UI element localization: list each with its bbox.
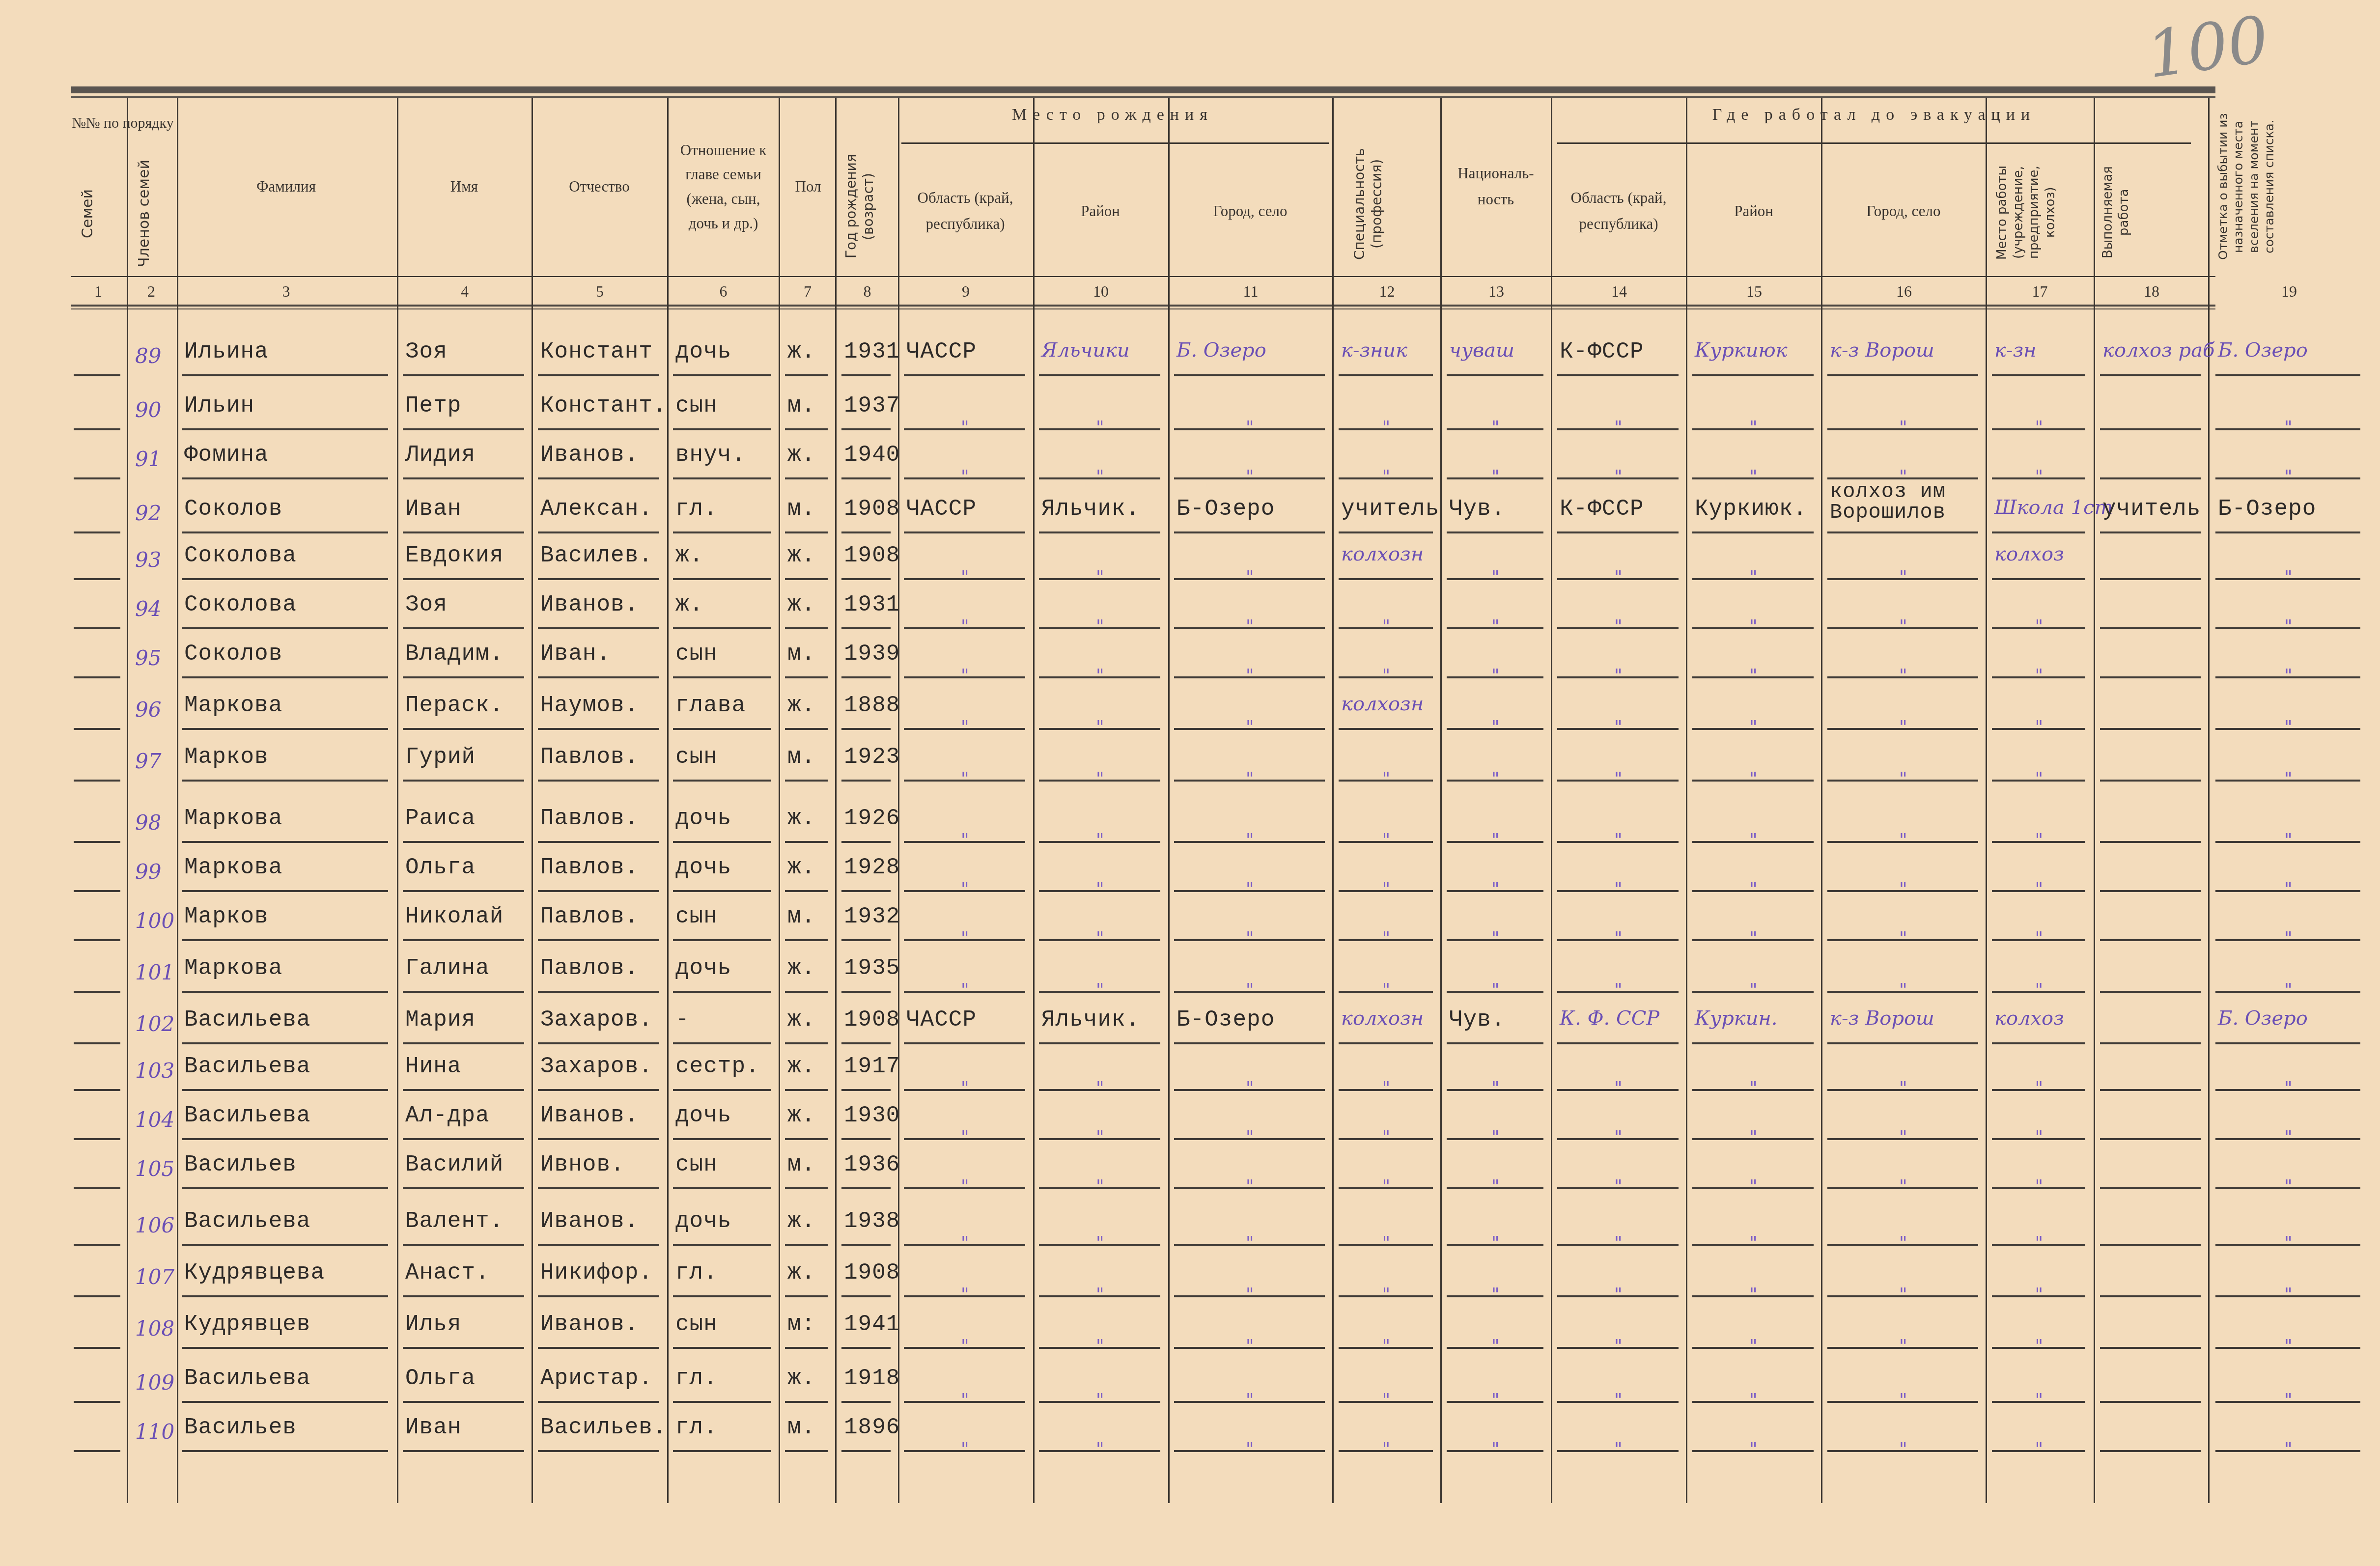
row-rule	[841, 1187, 891, 1189]
cell-surname: Маркова	[184, 693, 282, 718]
header-col-name: Имя	[398, 98, 531, 275]
ditto-mark: "	[1246, 1439, 1254, 1459]
ditto-mark: "	[2284, 1233, 2293, 1253]
row-rule	[2215, 531, 2360, 533]
column-divider	[2094, 98, 2095, 1503]
row-rule	[673, 578, 771, 580]
row-rule	[673, 1450, 771, 1452]
row-rule	[785, 1089, 828, 1091]
ditto-mark: "	[1749, 616, 1758, 637]
cell-sex: м.	[787, 1152, 815, 1177]
ditto-mark: "	[2284, 1336, 2293, 1356]
row-rule	[1992, 531, 2085, 533]
row-rule	[841, 841, 891, 843]
row-rule	[2100, 428, 2201, 430]
cell-surname: Ильин	[184, 393, 254, 419]
ditto-mark: "	[1749, 830, 1758, 850]
ditto-mark: "	[1246, 769, 1254, 789]
row-rule	[785, 1347, 828, 1349]
row-rule	[538, 627, 659, 629]
row-rule	[2100, 1187, 2201, 1189]
cell-relation: дочь	[675, 955, 731, 981]
cell-year: 1908	[844, 543, 900, 568]
column-divider	[532, 98, 533, 1503]
row-rule	[841, 1138, 891, 1140]
row-rule	[1992, 1042, 2085, 1044]
cell-name: Зоя	[405, 592, 448, 617]
ditto-mark: "	[1382, 616, 1391, 637]
row-rule	[74, 780, 120, 782]
ditto-mark: "	[1614, 1390, 1623, 1410]
ditto-mark: "	[1096, 418, 1104, 438]
ditto-mark: "	[2035, 769, 2044, 789]
ditto-mark: "	[1899, 980, 1907, 1000]
row-rule	[182, 1347, 388, 1349]
ditto-mark: "	[2284, 717, 2293, 737]
ditto-mark: "	[1899, 418, 1907, 438]
ditto-mark: "	[1899, 717, 1907, 737]
ditto-mark: "	[1491, 418, 1500, 438]
row-rule	[74, 676, 120, 678]
row-rule	[1692, 374, 1814, 376]
cell-relation: дочь	[675, 806, 731, 831]
cell-region: ЧАССР	[906, 496, 977, 522]
row-rule	[538, 841, 659, 843]
cell-patronymic: Иванов.	[540, 1208, 639, 1234]
cell-name: Ал-дра	[405, 1103, 490, 1128]
row-rule	[673, 939, 771, 941]
cell-district: Яльчик.	[1041, 1007, 1140, 1033]
row-rule	[673, 728, 771, 730]
ditto-mark: "	[1491, 1127, 1500, 1147]
column-divider	[1686, 98, 1687, 1503]
cell-surname: Васильева	[184, 1208, 310, 1234]
header-col-nationality: Националь-ность	[1442, 98, 1550, 275]
row-rule	[1174, 531, 1325, 533]
row-rule	[1039, 531, 1160, 533]
row-rule	[182, 890, 388, 892]
row-rule	[673, 1347, 771, 1349]
ditto-mark: "	[2035, 1390, 2044, 1410]
row-rule	[673, 1295, 771, 1297]
row-rule	[904, 531, 1025, 533]
column-number: 9	[899, 282, 1033, 301]
ditto-mark: "	[961, 418, 969, 438]
row-rule	[785, 627, 828, 629]
cell-sex: м.	[787, 904, 815, 929]
row-number: 110	[135, 1420, 174, 1444]
cell-surname: Соколова	[184, 592, 297, 617]
cell-region: ЧАССР	[906, 339, 977, 364]
ditto-mark: "	[1382, 769, 1391, 789]
ditto-mark: "	[2035, 1127, 2044, 1147]
row-rule	[2100, 578, 2201, 580]
cell-year: 1926	[844, 806, 900, 831]
column-divider	[1332, 98, 1334, 1503]
row-rule	[785, 1450, 828, 1452]
header-col-birth-region: Область (край, республика)	[899, 147, 1032, 275]
cell-year: 1931	[844, 592, 900, 617]
ditto-mark: "	[961, 717, 969, 737]
header-col-profession: Специальность (профессия)	[1351, 133, 1420, 275]
column-number: 18	[2095, 282, 2208, 301]
row-rule	[403, 1450, 524, 1452]
ditto-mark: "	[1749, 467, 1758, 487]
row-rule	[673, 627, 771, 629]
row-rule	[841, 428, 891, 430]
ditto-mark: "	[1749, 418, 1758, 438]
row-rule	[1992, 374, 2085, 376]
ditto-mark: "	[2284, 1390, 2293, 1410]
row-rule	[182, 780, 388, 782]
ditto-mark: "	[2284, 769, 2293, 789]
ditto-mark: "	[1491, 1176, 1500, 1197]
column-number: 5	[533, 282, 667, 301]
ditto-mark: "	[1614, 1439, 1623, 1459]
row-rule	[2100, 939, 2201, 941]
row-rule	[785, 477, 828, 479]
cell-sex: ж.	[787, 442, 815, 468]
ditto-mark: "	[1382, 1233, 1391, 1253]
row-rule	[1039, 374, 1160, 376]
ditto-mark: "	[1382, 1078, 1391, 1098]
row-number: 100	[135, 909, 174, 933]
row-rule	[2100, 1138, 2201, 1140]
cell-relation: дочь	[675, 1103, 731, 1128]
ditto-mark: "	[1096, 467, 1104, 487]
cell-sex: ж.	[787, 1208, 815, 1234]
cell-name: Василий	[405, 1152, 504, 1177]
row-rule	[1557, 531, 1679, 533]
cell-name: Владим.	[405, 641, 504, 667]
cell-sex: ж.	[787, 592, 815, 617]
row-rule	[74, 1138, 120, 1140]
ditto-mark: "	[1749, 567, 1758, 587]
row-rule	[538, 1138, 659, 1140]
row-rule	[74, 477, 120, 479]
cell-name: Зоя	[405, 339, 448, 364]
ditto-mark: "	[2284, 666, 2293, 686]
row-rule	[403, 841, 524, 843]
row-rule	[538, 939, 659, 941]
row-rule	[182, 939, 388, 941]
ditto-mark: "	[1246, 567, 1254, 587]
ditto-mark: "	[2035, 418, 2044, 438]
cell-patronymic: Наумов.	[540, 693, 639, 718]
ditto-mark: "	[961, 567, 969, 587]
ditto-mark: "	[1491, 1078, 1500, 1098]
ditto-mark: "	[1096, 879, 1104, 899]
ditto-mark: "	[1491, 717, 1500, 737]
header-col-families: Семей	[79, 152, 108, 275]
cell-surname: Марков	[184, 744, 269, 770]
row-rule	[1339, 531, 1433, 533]
column-number: 19	[2211, 282, 2368, 301]
row-rule	[74, 991, 120, 993]
cell-name: Николай	[405, 904, 504, 929]
ditto-mark: "	[1491, 1285, 1500, 1305]
row-rule	[2100, 477, 2201, 479]
cell-town: Б. Озеро	[1176, 339, 1266, 362]
ditto-mark: "	[2035, 1336, 2044, 1356]
cell-name: Петр	[405, 393, 461, 419]
cell-surname: Соколов	[184, 496, 282, 522]
ditto-mark: "	[1899, 666, 1907, 686]
ditto-mark: "	[1614, 879, 1623, 899]
row-rule	[673, 531, 771, 533]
row-rule	[74, 627, 120, 629]
cell-relation: дочь	[675, 339, 731, 364]
ditto-mark: "	[1614, 1127, 1623, 1147]
row-rule	[2215, 1042, 2360, 1044]
cell-name: Галина	[405, 955, 490, 981]
row-rule	[841, 578, 891, 580]
ditto-mark: "	[2284, 1285, 2293, 1305]
cell-year: 1936	[844, 1152, 900, 1177]
ditto-mark: "	[2284, 467, 2293, 487]
ditto-mark: "	[2284, 830, 2293, 850]
ditto-mark: "	[2035, 879, 2044, 899]
ditto-mark: "	[1096, 717, 1104, 737]
row-rule	[74, 531, 120, 533]
cell-relation: сын	[675, 1152, 718, 1177]
cell-nationality: чуваш	[1449, 339, 1514, 362]
cell-surname: Васильева	[184, 1366, 310, 1391]
ditto-mark: "	[1614, 830, 1623, 850]
ditto-mark: "	[1382, 1336, 1391, 1356]
row-rule	[538, 676, 659, 678]
row-rule	[182, 1089, 388, 1091]
header-col-departure-mark: Отметка о выбытии из назначенного места …	[2215, 101, 2363, 273]
row-rule	[403, 1187, 524, 1189]
ditto-mark: "	[1491, 1390, 1500, 1410]
cell-mark: Б. Озеро	[2218, 1007, 2308, 1030]
ditto-mark: "	[1749, 717, 1758, 737]
row-rule	[182, 841, 388, 843]
column-number: 13	[1442, 282, 1551, 301]
row-rule	[182, 1295, 388, 1297]
cell-patronymic: Павлов.	[540, 744, 639, 770]
row-rule	[841, 1295, 891, 1297]
row-rule	[904, 1042, 1025, 1044]
row-rule	[1339, 728, 1433, 730]
row-rule	[182, 676, 388, 678]
row-rule	[538, 428, 659, 430]
row-number: 89	[135, 344, 161, 368]
cell-w-region: К-ФССР	[1560, 339, 1644, 364]
column-divider	[898, 98, 899, 1503]
row-rule	[785, 1138, 828, 1140]
row-rule	[841, 477, 891, 479]
header-col-sex: Пол	[781, 98, 835, 275]
row-rule	[74, 728, 120, 730]
row-rule	[403, 578, 524, 580]
ditto-mark: "	[1614, 769, 1623, 789]
cell-w-region: К-ФССР	[1560, 496, 1644, 522]
cell-patronymic: Павлов.	[540, 955, 639, 981]
column-number: 6	[668, 282, 779, 301]
row-rule	[2215, 374, 2360, 376]
header-col-members: Членов семей	[135, 152, 165, 275]
ditto-mark: "	[961, 616, 969, 637]
ditto-mark: "	[1749, 1233, 1758, 1253]
ditto-mark: "	[2035, 1439, 2044, 1459]
row-rule	[785, 428, 828, 430]
row-number: 93	[135, 548, 161, 572]
ditto-mark: "	[1749, 1176, 1758, 1197]
top-rule	[71, 86, 2215, 93]
ditto-mark: "	[1246, 616, 1254, 637]
ditto-mark: "	[1899, 567, 1907, 587]
ditto-mark: "	[1899, 1078, 1907, 1098]
row-rule	[403, 1138, 524, 1140]
row-rule	[785, 1401, 828, 1403]
cell-name: Валент.	[405, 1208, 504, 1234]
cell-patronymic: Иванов.	[540, 592, 639, 617]
ditto-mark: "	[1614, 1078, 1623, 1098]
ditto-mark: "	[961, 1439, 969, 1459]
ditto-mark: "	[1899, 1390, 1907, 1410]
cell-w-town: колхоз им Ворошилов	[1830, 481, 1983, 523]
row-rule	[74, 841, 120, 843]
cell-w-district: Куркиюк.	[1695, 496, 1807, 522]
ditto-mark: "	[2035, 717, 2044, 737]
cell-patronymic: Иван.	[540, 641, 611, 667]
cell-name: Гурий	[405, 744, 476, 770]
row-rule	[403, 1089, 524, 1091]
cell-name: Ольга	[405, 855, 476, 880]
cell-relation: гл.	[675, 1415, 718, 1440]
ditto-mark: "	[1614, 567, 1623, 587]
cell-nationality: Чув.	[1449, 496, 1505, 522]
cell-w-place: колхоз	[1994, 543, 2064, 565]
ditto-mark: "	[961, 1233, 969, 1253]
row-number: 95	[135, 646, 161, 670]
ditto-mark: "	[1096, 616, 1104, 637]
cell-surname: Васильева	[184, 1103, 310, 1128]
row-rule	[673, 1089, 771, 1091]
row-number: 99	[135, 860, 161, 884]
row-rule	[2100, 991, 2201, 993]
row-rule	[841, 939, 891, 941]
cell-year: 1935	[844, 955, 900, 981]
row-rule	[673, 1244, 771, 1246]
row-rule	[673, 1138, 771, 1140]
ditto-mark: "	[1899, 830, 1907, 850]
row-rule	[841, 1042, 891, 1044]
row-rule	[785, 890, 828, 892]
row-rule	[1447, 531, 1543, 533]
row-rule	[841, 780, 891, 782]
row-rule	[403, 1042, 524, 1044]
cell-mark: Б. Озеро	[2218, 339, 2308, 362]
row-rule	[403, 1347, 524, 1349]
ditto-mark: "	[2284, 616, 2293, 637]
ditto-mark: "	[1749, 666, 1758, 686]
ditto-mark: "	[1899, 1176, 1907, 1197]
cell-name: Иван	[405, 496, 461, 522]
cell-sex: м.	[787, 744, 815, 770]
row-rule	[673, 676, 771, 678]
column-divider	[177, 98, 178, 1503]
cell-year: 1928	[844, 855, 900, 880]
row-rule	[74, 939, 120, 941]
ditto-mark: "	[1899, 1336, 1907, 1356]
ditto-mark: "	[1246, 879, 1254, 899]
row-rule	[538, 374, 659, 376]
row-number: 101	[135, 960, 174, 984]
row-rule	[538, 1295, 659, 1297]
row-rule	[403, 780, 524, 782]
row-rule	[785, 780, 828, 782]
header-group-birthplace: Место рождения	[899, 106, 1326, 124]
ditto-mark: "	[1749, 928, 1758, 949]
row-rule	[841, 1089, 891, 1091]
header-col-work-town: Город, село	[1822, 147, 1985, 275]
row-rule	[1827, 1042, 1978, 1044]
ditto-mark: "	[961, 1336, 969, 1356]
ditto-mark: "	[2284, 1439, 2293, 1459]
cell-w-place: колхоз	[1994, 1007, 2064, 1030]
row-number: 105	[135, 1157, 174, 1181]
cell-relation: сын	[675, 393, 718, 419]
ditto-mark: "	[1096, 1233, 1104, 1253]
row-rule	[1992, 578, 2085, 580]
cell-year: 1937	[844, 393, 900, 419]
ditto-mark: "	[961, 769, 969, 789]
row-rule	[182, 374, 388, 376]
ditto-mark: "	[1096, 1439, 1104, 1459]
ditto-mark: "	[1749, 1078, 1758, 1098]
cell-nationality: Чув.	[1449, 1007, 1505, 1033]
cell-year: 1908	[844, 496, 900, 522]
cell-year: 1940	[844, 442, 900, 468]
cell-sex: ж.	[787, 339, 815, 364]
row-number: 90	[135, 398, 161, 422]
ditto-mark: "	[1614, 418, 1623, 438]
ditto-mark: "	[1382, 1285, 1391, 1305]
row-rule	[2100, 1450, 2201, 1452]
header-bottom-rule	[71, 305, 2215, 307]
row-rule	[785, 531, 828, 533]
cell-surname: Васильев	[184, 1415, 297, 1440]
cell-sex: ж.	[787, 693, 815, 718]
row-rule	[785, 991, 828, 993]
cell-sex: ж.	[787, 806, 815, 831]
row-rule	[182, 1138, 388, 1140]
row-rule	[403, 477, 524, 479]
row-rule	[785, 1295, 828, 1297]
row-rule	[673, 374, 771, 376]
row-rule	[673, 890, 771, 892]
row-rule	[904, 374, 1025, 376]
row-rule	[841, 1244, 891, 1246]
cell-patronymic: Иванов.	[540, 1312, 639, 1337]
cell-surname: Кудрявцев	[184, 1312, 310, 1337]
cell-relation: дочь	[675, 1208, 731, 1234]
header-col-surname: Фамилия	[177, 98, 395, 275]
row-rule	[182, 991, 388, 993]
row-rule	[673, 477, 771, 479]
ditto-mark: "	[961, 1176, 969, 1197]
row-rule	[673, 1187, 771, 1189]
ditto-mark: "	[2284, 879, 2293, 899]
column-number: 14	[1552, 282, 1686, 301]
ditto-mark: "	[961, 1390, 969, 1410]
ditto-mark: "	[1899, 928, 1907, 949]
row-rule	[74, 1187, 120, 1189]
row-number: 98	[135, 811, 161, 835]
